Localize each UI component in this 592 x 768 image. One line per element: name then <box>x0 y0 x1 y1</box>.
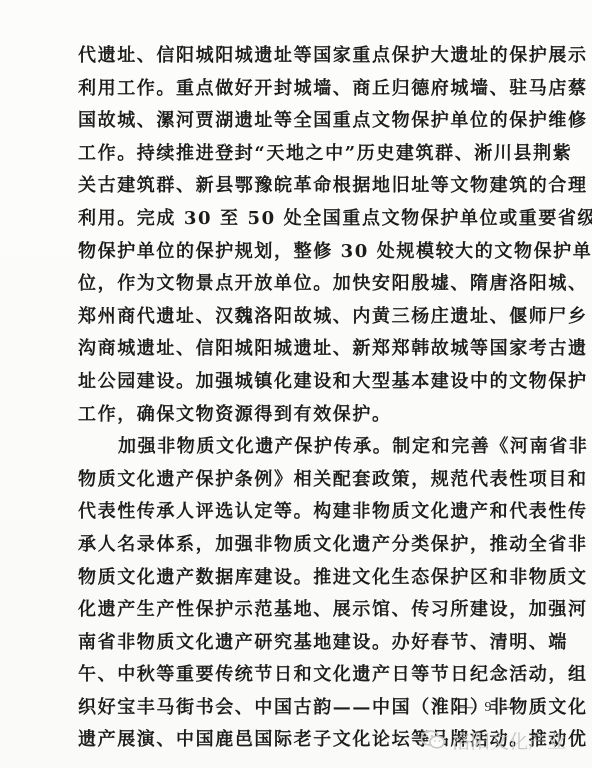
text-line: 利用。完成 30 至 50 处全国重点文物保护单位或重要省级文 <box>78 203 524 236</box>
text-line: 承人名录体系，加强非物质文化遗产分类保护，推动全省非 <box>78 529 524 562</box>
text-line: 关古建筑群、新县鄂豫皖革命根据地旧址等文物建筑的合理 <box>78 170 524 203</box>
page-number: — 9 — <box>440 700 540 716</box>
text-line: 国故城、漯河贾湖遗址等全国重点文物保护单位的保护维修 <box>78 105 524 138</box>
text-line: 位，作为文物景点开放单位。加快安阳殷墟、隋唐洛阳城、 <box>78 268 524 301</box>
document-body: 代遗址、信阳城阳城遗址等国家重点保护大遗址的保护展示 利用工作。重点做好开封城墙… <box>78 40 524 757</box>
text-line: 南省非物质文化遗产研究基地建设。办好春节、清明、端 <box>78 627 524 660</box>
text-line: 址公园建设。加强城镇化建设和大型基本建设中的文物保护 <box>78 366 524 399</box>
text-line: 物保护单位的保护规划，整修 30 处规模较大的文物保护单 <box>78 236 524 269</box>
text-line: 利用工作。重点做好开封城墙、商丘归德府城墙、驻马店蔡 <box>78 73 524 106</box>
watermark-text: 洛阳文化产业 <box>452 727 566 754</box>
text-line: 物质文化遗产保护条例》相关配套政策，规范代表性项目和 <box>78 464 524 497</box>
document-page: 代遗址、信阳城阳城遗址等国家重点保护大遗址的保护展示 利用工作。重点做好开封城墙… <box>0 0 592 768</box>
text-line: 物质文化遗产数据库建设。推进文化生态保护区和非物质文 <box>78 562 524 595</box>
text-line: 郑州商代遗址、汉魏洛阳故城、内黄三杨庄遗址、偃师尸乡 <box>78 301 524 334</box>
watermark: 洛阳文化产业 <box>420 726 566 754</box>
text-line: 沟商城遗址、信阳城阳城遗址、新郑郑韩故城等国家考古遗 <box>78 333 524 366</box>
text-line: 工作，确保文物资源得到有效保护。 <box>78 399 524 432</box>
text-line: 代遗址、信阳城阳城遗址等国家重点保护大遗址的保护展示 <box>78 40 524 73</box>
wechat-icon <box>420 729 446 751</box>
text-line: 代表性传承人评选认定等。构建非物质文化遗产和代表性传 <box>78 496 524 529</box>
text-line: 工作。持续推进登封“天地之中”历史建筑群、淅川县荆紫 <box>78 138 524 171</box>
paragraph-first-line: 加强非物质文化遗产保护传承。制定和完善《河南省非 <box>78 431 524 464</box>
text-line: 午、中秋等重要传统节日和文化遗产日等节日纪念活动，组 <box>78 659 524 692</box>
text-line: 化遗产生产性保护示范基地、展示馆、传习所建设，加强河 <box>78 594 524 627</box>
